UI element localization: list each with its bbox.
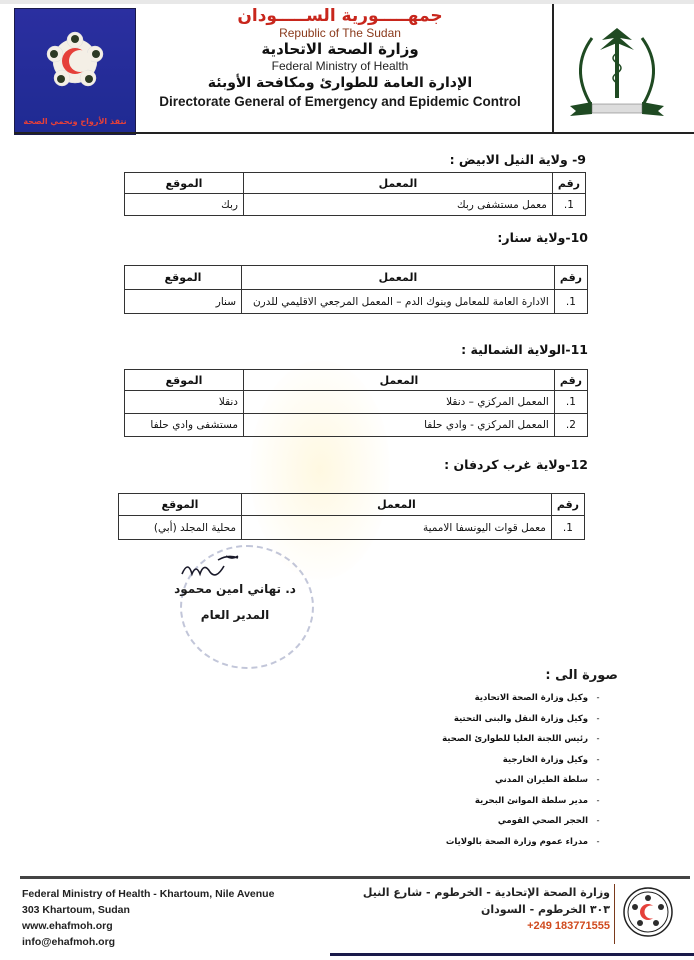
row-num: 1.: [554, 290, 587, 314]
col-header-location: الموقع: [125, 173, 244, 194]
country-name-ar: جمهـــــورية الســـــودان: [140, 6, 540, 26]
section-title-northern: 11-الولاية الشمالية :: [300, 342, 588, 357]
row-num: 1.: [554, 391, 587, 414]
col-header-lab: المعمل: [244, 173, 553, 194]
col-header-lab: المعمل: [244, 370, 555, 391]
row-location: محلية المجلد (أبي): [119, 516, 242, 540]
cc-item: -وكيل وزارة الخارجية: [380, 750, 608, 771]
bullet-dash: -: [588, 729, 608, 750]
row-lab: معمل قوات اليونسفا الاممية: [242, 516, 552, 540]
cc-item: -وكيل وزارة النقل والبنى التحتية: [380, 709, 608, 730]
bullet-dash: -: [588, 688, 608, 709]
footer-website-link[interactable]: www.ehafmoh.org: [22, 918, 274, 934]
row-lab: المعمل المركزي - وادي حلفا: [244, 414, 555, 437]
col-header-num: رقم: [551, 494, 584, 516]
footer-address-ar-line1: وزارة الصحة الإتحادية - الخرطوم - شارع ا…: [330, 884, 610, 901]
table-row: 1. الادارة العامة للمعامل وبنوك الدم – ا…: [125, 290, 588, 314]
cc-list: -وكيل وزارة الصحة الاتحادية -وكيل وزارة …: [380, 688, 608, 852]
col-header-num: رقم: [554, 266, 587, 290]
col-header-location: الموقع: [119, 494, 242, 516]
cc-item: -مدراء عموم وزارة الصحة بالولايات: [380, 832, 608, 853]
cc-item: -سلطة الطيران المدني: [380, 770, 608, 791]
col-header-location: الموقع: [125, 266, 242, 290]
footer-address-line2: 303 Khartoum, Sudan: [22, 902, 274, 918]
top-border: [0, 0, 694, 4]
bullet-dash: -: [588, 832, 608, 853]
labs-table-northern: رقم المعمل الموقع 1. المعمل المركزي – دن…: [124, 369, 588, 437]
footer-address-line1: Federal Ministry of Health - Khartoum, N…: [22, 886, 274, 902]
footer-address-ar-line2: ٣٠٣ الخرطوم - السودان: [330, 901, 610, 918]
directorate-logo: نتقذ الأرواح ونحمي الصحة: [14, 8, 136, 135]
cc-item: -الحجر الصحي القومي: [380, 811, 608, 832]
row-num: 2.: [554, 414, 587, 437]
table-row: 2. المعمل المركزي - وادي حلفا مستشفى واد…: [125, 414, 588, 437]
bullet-dash: -: [588, 811, 608, 832]
table-row: 1. معمل قوات اليونسفا الاممية محلية المج…: [119, 516, 585, 540]
section-title-white-nile: 9- ولاية النيل الابيض :: [300, 152, 586, 167]
row-num: 1.: [551, 516, 584, 540]
ministry-emblem-icon: [562, 18, 672, 123]
footer-phone: +249 183771555: [330, 918, 610, 935]
cc-title: صورة الى :: [470, 668, 618, 683]
labs-table-sennar: رقم المعمل الموقع 1. الادارة العامة للمع…: [124, 265, 588, 314]
logo-slogan: نتقذ الأرواح ونحمي الصحة: [15, 117, 135, 126]
section-title-west-kordofan: 12-ولاية غرب كردفان :: [300, 457, 588, 472]
row-lab: الادارة العامة للمعامل وبنوك الدم – المع…: [242, 290, 555, 314]
ministry-name-en: Federal Ministry of Health: [140, 59, 540, 74]
letterhead: جمهـــــورية الســـــودان Republic of Th…: [140, 6, 540, 110]
footer-email-link[interactable]: info@ehafmoh.org: [22, 934, 274, 950]
col-header-lab: المعمل: [242, 494, 552, 516]
directorate-name-ar: الإدارة العامة للطوارئ ومكافحة الأوبئة: [140, 74, 540, 93]
col-header-lab: المعمل: [242, 266, 555, 290]
header-divider-vertical: [552, 4, 554, 132]
directorate-name-en: Directorate General of Emergency and Epi…: [140, 93, 540, 110]
section-title-sennar: 10-ولاية سنار:: [300, 230, 588, 245]
row-lab: المعمل المركزي – دنقلا: [244, 391, 555, 414]
signatory-name: د. تهاني امين محمود: [160, 582, 310, 596]
footer-divider-bottom: [330, 953, 694, 956]
row-location: دنقلا: [125, 391, 244, 414]
labs-table-white-nile: رقم المعمل الموقع 1. معمل مستشفى ربك ربك: [124, 172, 586, 216]
col-header-location: الموقع: [125, 370, 244, 391]
row-num: 1.: [552, 194, 585, 216]
table-row: 1. معمل مستشفى ربك ربك: [125, 194, 586, 216]
col-header-num: رقم: [552, 173, 585, 194]
labs-table-west-kordofan: رقم المعمل الموقع 1. معمل قوات اليونسفا …: [118, 493, 585, 540]
handwritten-signature-icon: [178, 552, 248, 582]
footer-address-en: Federal Ministry of Health - Khartoum, N…: [22, 886, 274, 950]
cc-item: -مدير سلطة الموانئ البحرية: [380, 791, 608, 812]
cc-item: -رئيس اللجنة العليا للطوارئ الصحية: [380, 729, 608, 750]
row-location: سنار: [125, 290, 242, 314]
bullet-dash: -: [588, 791, 608, 812]
country-name-en: Republic of The Sudan: [140, 26, 540, 40]
footer-divider-vertical: [614, 884, 615, 944]
cc-item: -وكيل وزارة الصحة الاتحادية: [380, 688, 608, 709]
bullet-dash: -: [588, 709, 608, 730]
signatory-title: المدير العام: [160, 608, 310, 622]
ministry-name-ar: وزارة الصحة الاتحادية: [140, 40, 540, 59]
footer-divider-top: [20, 876, 690, 879]
row-location: ربك: [125, 194, 244, 216]
row-lab: معمل مستشفى ربك: [244, 194, 553, 216]
table-row: 1. المعمل المركزي – دنقلا دنقلا: [125, 391, 588, 414]
bullet-dash: -: [588, 750, 608, 771]
bullet-dash: -: [588, 770, 608, 791]
footer-address-ar: وزارة الصحة الإتحادية - الخرطوم - شارع ا…: [330, 884, 610, 935]
header-divider-horizontal: [14, 132, 694, 134]
row-location: مستشفى وادي حلفا: [125, 414, 244, 437]
col-header-num: رقم: [554, 370, 587, 391]
crescent-flower-icon: [45, 31, 105, 91]
footer-crescent-logo-icon: [622, 886, 674, 938]
